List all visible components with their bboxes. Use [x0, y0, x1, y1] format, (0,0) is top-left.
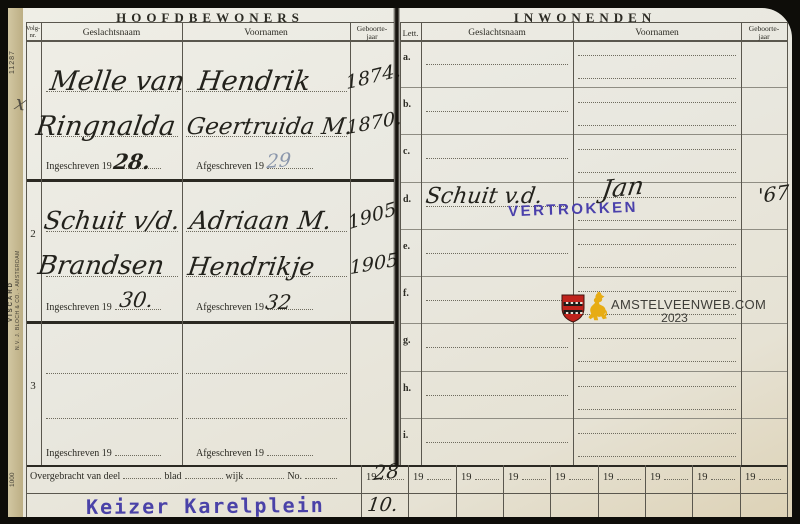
dotted-writing-line: [617, 471, 641, 480]
ingeschreven-label-text: Ingeschreven 19: [46, 161, 112, 172]
dotted-writing-line: [426, 347, 568, 348]
spine-printer-address: N.V. J. BLOCH & CO. - AMSTERDAM: [15, 165, 21, 350]
grid-line: [400, 22, 787, 23]
year-cell: 19: [745, 471, 784, 483]
year-cell-label: 19: [508, 472, 519, 483]
row-letter: g.: [403, 335, 411, 346]
row-letter: h.: [403, 383, 411, 394]
dotted-writing-line: [578, 267, 736, 268]
dotted-writing-line: [578, 456, 736, 457]
dotted-writing-line: [578, 433, 736, 434]
watermark-year: 2023: [611, 311, 738, 325]
dotted-writing-line: [46, 373, 178, 374]
dotted-writing-line: [578, 409, 736, 410]
dotted-writing-line: [578, 55, 736, 56]
spine-serial-number: 11287: [9, 12, 16, 74]
grid-line: [421, 22, 422, 465]
dotted-writing-line: [578, 338, 736, 339]
surname-handwriting: Melle van: [48, 66, 187, 97]
grid-line: [598, 465, 599, 517]
transfer-label-deel: Overgebracht van deel: [30, 471, 120, 482]
book-gutter: [393, 8, 400, 466]
afgeschreven-year-handwriting: 32: [264, 290, 293, 314]
dotted-writing-line: [426, 253, 568, 254]
year-cell: 19: [650, 471, 691, 483]
year-cell-label: 19: [650, 472, 661, 483]
surname-handwriting: Schuit v/d.: [42, 206, 182, 235]
scanned-register-card: 11287 VISCARD N.V. J. BLOCH & CO. - AMST…: [0, 0, 800, 524]
dotted-writing-line: [185, 470, 223, 479]
grid-line: [692, 465, 693, 517]
firstnames-handwriting: Hendrik: [196, 66, 312, 97]
dotted-writing-line: [426, 300, 568, 301]
afgeschreven-label: Afgeschreven 19: [196, 301, 316, 313]
volgnr-value: 2: [26, 228, 40, 240]
dotted-writing-line: [475, 471, 499, 480]
transfer-label-blad: blad: [164, 471, 181, 482]
transfer-label-no: No.: [287, 471, 302, 482]
grid-line: [740, 465, 741, 517]
grid-line: [26, 179, 394, 182]
year-cell: 19: [697, 471, 738, 483]
surname-handwriting: Brandsen: [36, 251, 166, 281]
dotted-writing-line: [115, 447, 161, 456]
column-header-birthyear-line2: jaar: [741, 33, 787, 41]
dotted-writing-line: [578, 220, 736, 221]
year-cell-label: 19: [413, 472, 424, 483]
watermark-site: AMSTELVEENWEB.COM: [611, 297, 766, 312]
column-header-birthyear-right: Geboorte- jaar: [741, 25, 787, 41]
left-page-title: HOOFDBEWONERS: [26, 10, 394, 26]
year-cell-label: 19: [697, 472, 708, 483]
year-cell-label: 19: [555, 472, 566, 483]
grid-line: [400, 40, 787, 42]
grid-line: [400, 371, 787, 372]
dotted-writing-line: [578, 172, 736, 173]
year-cell: 19: [461, 471, 502, 483]
dotted-writing-line: [578, 78, 736, 79]
ingeschreven-year-handwriting: 28.: [112, 149, 152, 174]
dotted-writing-line: [246, 470, 284, 479]
transfer-line: Overgebracht van deelbladwijkNo.: [30, 470, 340, 482]
dotted-writing-line: [427, 471, 451, 480]
column-header-lett: Lett.: [398, 28, 423, 38]
grid-line: [26, 22, 394, 23]
dotted-writing-line: [186, 418, 347, 419]
surname-handwriting: Ringnalda: [34, 111, 177, 142]
dotted-writing-line: [578, 386, 736, 387]
dotted-writing-line: [664, 471, 688, 480]
grid-line: [26, 321, 394, 324]
dotted-writing-line: [426, 395, 568, 396]
dotted-writing-line: [522, 471, 546, 480]
dotted-writing-line: [186, 373, 347, 374]
ingeschreven-label-text: Ingeschreven 19: [46, 302, 112, 313]
year-cell: 19: [508, 471, 549, 483]
dotted-writing-line: [711, 471, 735, 480]
grid-line: [645, 465, 646, 517]
dotted-writing-line: [578, 149, 736, 150]
column-header-volgnr-line2: nr.: [25, 32, 41, 39]
grid-line: [400, 87, 787, 88]
row-letter: c.: [403, 146, 410, 157]
dotted-writing-line: [569, 471, 593, 480]
column-header-surname-left: Geslachtsnaam: [41, 28, 182, 38]
grid-line: [361, 465, 362, 517]
grid-line: [408, 465, 409, 517]
grid-line: [26, 465, 787, 467]
dotted-writing-line: [578, 125, 736, 126]
afgeschreven-label-text: Afgeschreven 19: [196, 448, 264, 459]
spine-printer-name: VISCARD: [8, 192, 14, 322]
lion-icon: [584, 290, 608, 323]
firstnames-handwriting: Geertruida M.: [185, 114, 354, 140]
dotted-writing-line: [578, 361, 736, 362]
volgnr-value: 3: [26, 380, 40, 392]
house-number-handwriting: 10.: [366, 494, 399, 516]
year-cell: 19: [555, 471, 596, 483]
year-cell-label: 19: [603, 472, 614, 483]
grid-line: [741, 22, 742, 465]
dotted-writing-line: [578, 244, 736, 245]
row-letter: b.: [403, 99, 411, 110]
birthyear-handwriting: '67: [758, 180, 789, 208]
grid-line: [26, 40, 394, 42]
row-letter: e.: [403, 241, 410, 252]
grid-line: [573, 22, 574, 465]
dotted-writing-line: [46, 418, 178, 419]
grid-line: [400, 276, 787, 277]
year-cell: 19: [603, 471, 644, 483]
column-header-firstnames-right: Voornamen: [573, 28, 741, 38]
afgeschreven-label: Afgeschreven 19: [196, 160, 316, 172]
year-cell-label: 19: [461, 472, 472, 483]
dotted-writing-line: [426, 158, 568, 159]
afgeschreven-label-text: Afgeschreven 19: [196, 161, 264, 172]
column-header-birthyear-line2: jaar: [350, 33, 394, 41]
afgeschreven-label: Afgeschreven 19: [196, 447, 316, 459]
year-cell-label: 19: [745, 472, 756, 483]
grid-line: [400, 134, 787, 135]
row-letter: d.: [403, 194, 411, 205]
grid-line: [787, 22, 788, 517]
ingeschreven-year-handwriting: 30.: [118, 288, 155, 312]
afgeschreven-year-handwriting: 29: [266, 149, 292, 173]
grid-line: [400, 229, 787, 230]
spine-stock-number: 1000: [9, 445, 16, 487]
row-letter: i.: [403, 430, 408, 441]
row-letter: f.: [403, 288, 409, 299]
dotted-writing-line: [305, 470, 337, 479]
column-header-birthyear-left: Geboorte- jaar: [350, 25, 394, 41]
grid-line: [400, 22, 401, 465]
dotted-writing-line: [426, 111, 568, 112]
grid-line: [456, 465, 457, 517]
column-header-surname-right: Geslachtsnaam: [421, 28, 573, 38]
year-cell: 19: [413, 471, 454, 483]
firstnames-handwriting: Hendrikje: [186, 252, 316, 281]
grid-line: [41, 22, 42, 465]
dotted-writing-line: [426, 442, 568, 443]
firstnames-handwriting: Adriaan M.: [188, 206, 333, 235]
dotted-writing-line: [267, 447, 313, 456]
column-header-volgnr-line1: Volg-: [25, 25, 41, 32]
transfer-label-wijk: wijk: [226, 471, 244, 482]
grid-line: [550, 465, 551, 517]
grid-line: [503, 465, 504, 517]
dotted-writing-line: [759, 471, 781, 480]
address-stamp: Keizer Karelplein: [86, 493, 325, 519]
column-header-volgnr: Volg- nr.: [25, 25, 41, 39]
ingeschreven-label: Ingeschreven 19: [46, 447, 164, 459]
ingeschreven-label-text: Ingeschreven 19: [46, 448, 112, 459]
grid-line: [400, 418, 787, 419]
amstelveen-shield-icon: [561, 294, 585, 323]
dotted-writing-line: [578, 102, 736, 103]
afgeschreven-label-text: Afgeschreven 19: [196, 302, 264, 313]
right-page-title: INWONENDEN: [400, 10, 770, 26]
row-letter: a.: [403, 52, 411, 63]
column-header-firstnames-left: Voornamen: [182, 28, 350, 38]
dotted-writing-line: [426, 64, 568, 65]
dotted-writing-line: [123, 470, 161, 479]
